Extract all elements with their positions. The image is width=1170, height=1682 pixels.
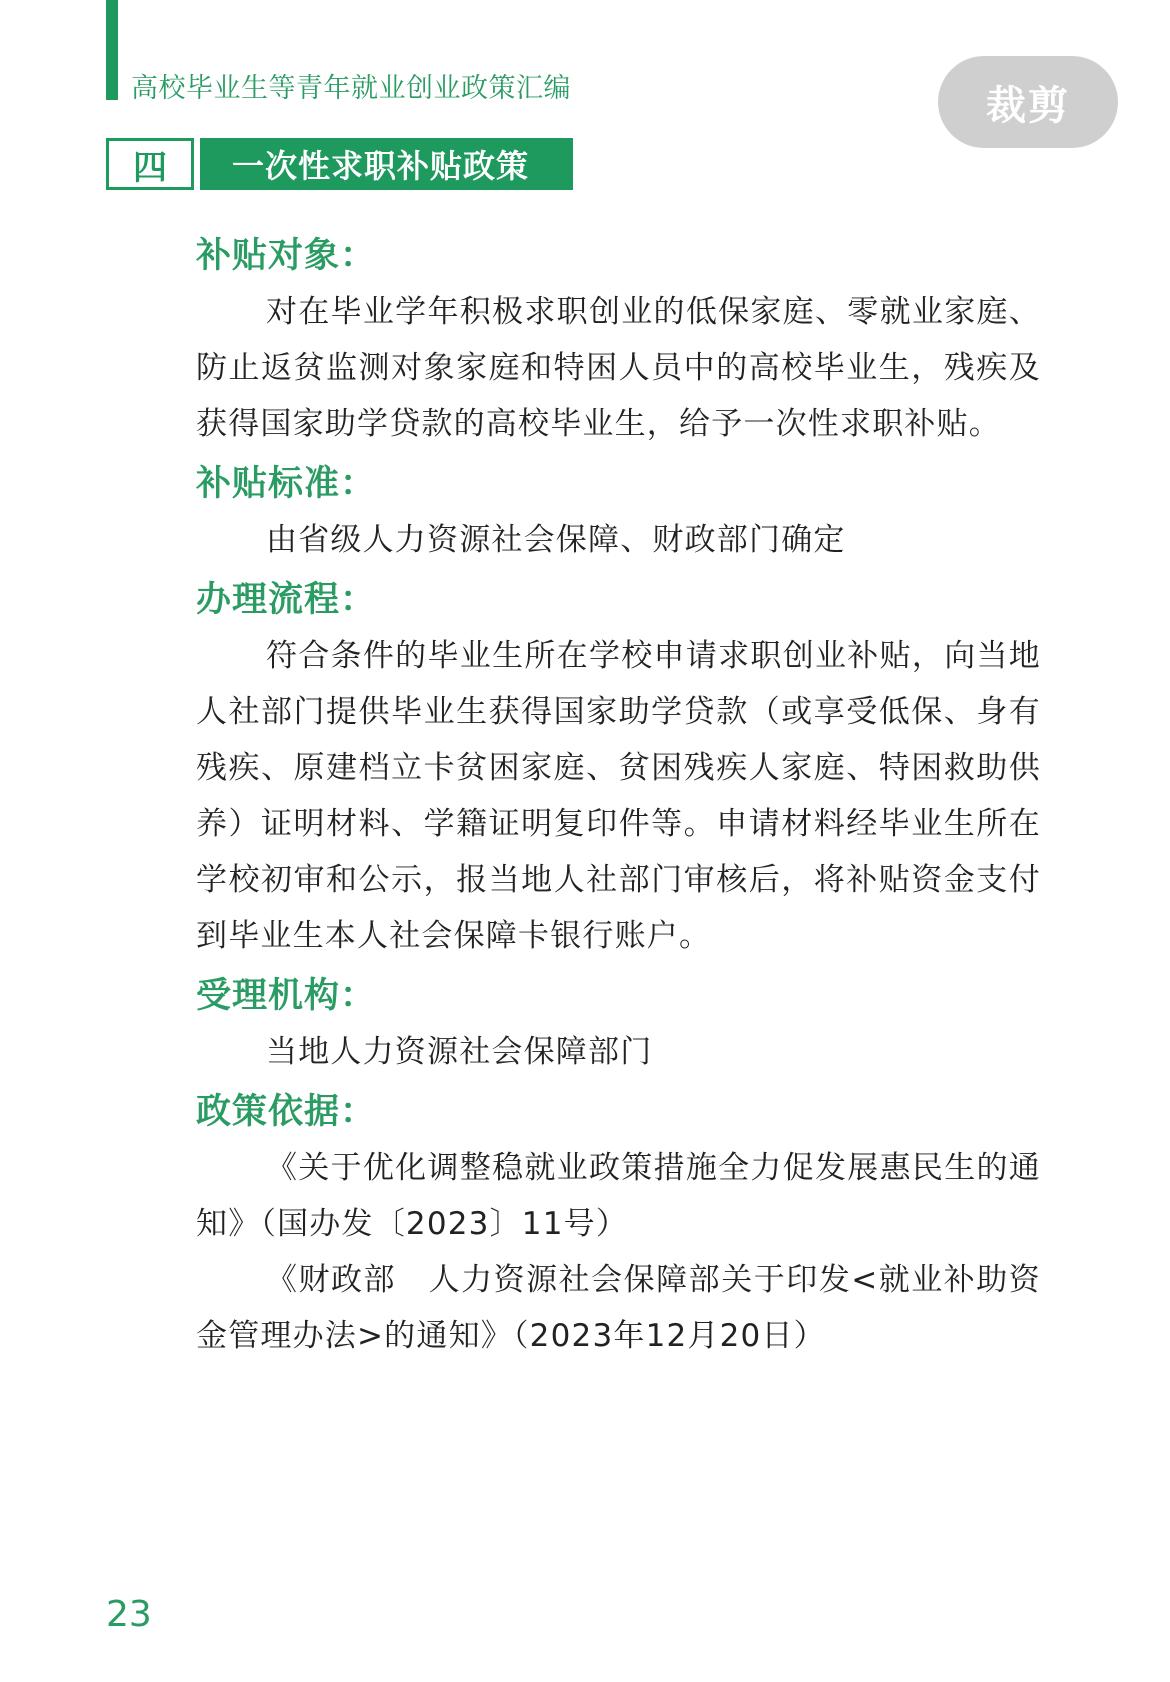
book-title: 高校毕业生等青年就业创业政策汇编 — [131, 66, 571, 105]
paragraph-subsidy-target: 对在毕业学年积极求职创业的低保家庭、零就业家庭、防止返贫监测对象家庭和特困人员中… — [196, 284, 1041, 452]
heading-subsidy-target: 补贴对象： — [196, 228, 1041, 284]
paragraph-agency: 当地人力资源社会保障部门 — [196, 1024, 1041, 1080]
section-title: 一次性求职补贴政策 — [200, 138, 573, 190]
policy-reference-2: 《财政部 人力资源社会保障部关于印发<就业补助资金管理办法>的通知》（2023年… — [196, 1252, 1041, 1364]
policy-content: 补贴对象： 对在毕业学年积极求职创业的低保家庭、零就业家庭、防止返贫监测对象家庭… — [196, 228, 1041, 1364]
heading-subsidy-standard: 补贴标准： — [196, 456, 1041, 512]
heading-process: 办理流程： — [196, 572, 1041, 628]
section-number: 四 — [106, 138, 194, 190]
heading-policy-basis: 政策依据： — [196, 1084, 1041, 1140]
crop-button-label: 裁剪 — [986, 74, 1070, 131]
policy-reference-1: 《关于优化调整稳就业政策措施全力促发展惠民生的通知》（国办发〔2023〕11号） — [196, 1140, 1041, 1252]
crop-button[interactable]: 裁剪 — [938, 56, 1118, 148]
header-accent-bar — [106, 0, 118, 100]
paragraph-subsidy-standard: 由省级人力资源社会保障、财政部门确定 — [196, 512, 1041, 568]
heading-agency: 受理机构： — [196, 968, 1041, 1024]
paragraph-process: 符合条件的毕业生所在学校申请求职创业补贴，向当地人社部门提供毕业生获得国家助学贷… — [196, 628, 1041, 964]
page-number: 23 — [106, 1594, 152, 1635]
